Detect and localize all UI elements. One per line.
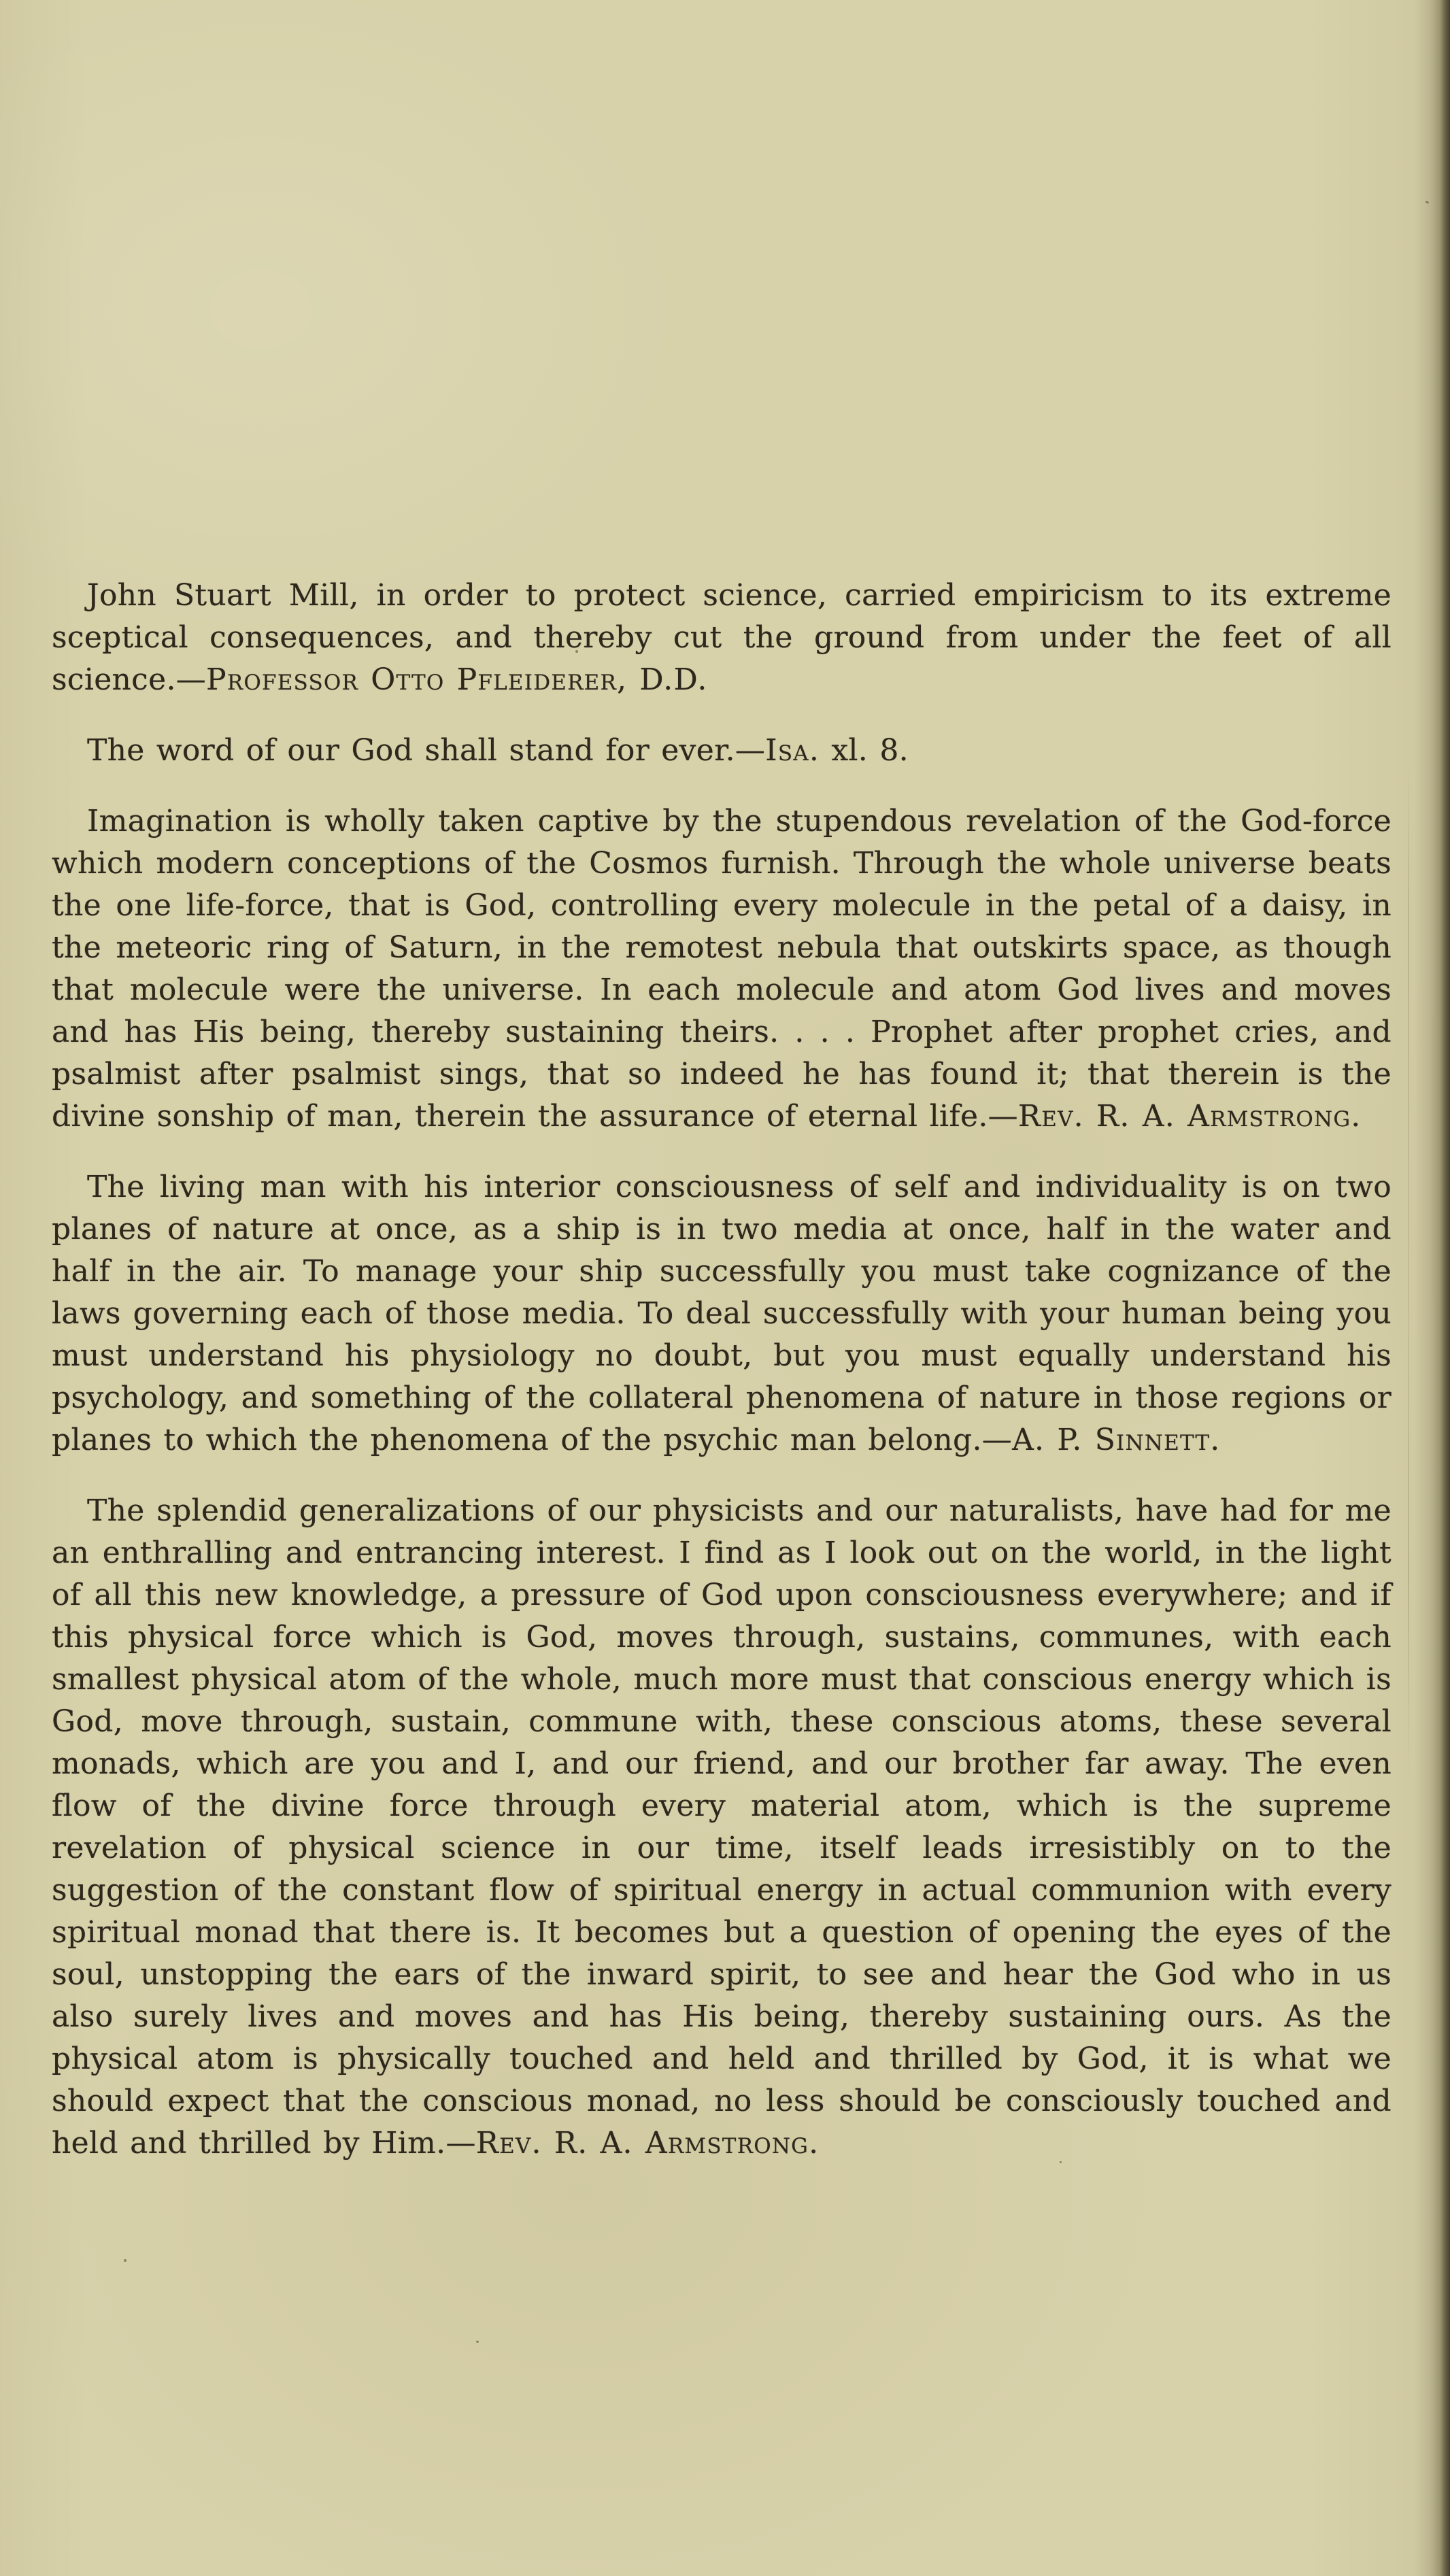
attribution: Isa.: [765, 733, 820, 768]
quote-paragraph-isaiah: The word of our God shall stand for ever…: [52, 730, 1392, 772]
quote-paragraph-pfleiderer: John Stuart Mill, in order to protect sc…: [52, 575, 1392, 701]
quote-paragraph-armstrong-1: Imagination is wholly taken captive by t…: [52, 800, 1392, 1138]
quote-text: Imagination is wholly taken captive by t…: [52, 804, 1392, 1134]
attribution: Professor Otto Pfleiderer, D.D.: [206, 662, 708, 697]
text-block: John Stuart Mill, in order to protect sc…: [0, 0, 1450, 2165]
attribution: Rev. R. A. Armstrong.: [1018, 1099, 1362, 1134]
quote-text: The splendid generalizations of our phys…: [52, 1493, 1392, 2160]
quote-text: The word of our God shall stand for ever…: [87, 733, 765, 768]
attribution: Rev. R. A. Armstrong.: [476, 2126, 820, 2160]
attribution-suffix: xl. 8.: [820, 733, 909, 768]
attribution: A. P. Sinnett.: [1012, 1423, 1220, 1457]
quote-paragraph-sinnett: The living man with his interior conscio…: [52, 1166, 1392, 1461]
quote-text: The living man with his interior conscio…: [52, 1170, 1392, 1457]
book-page: John Stuart Mill, in order to protect sc…: [0, 0, 1450, 2576]
paper-speck: [124, 2259, 127, 2262]
paper-speck: [476, 2341, 479, 2343]
quote-paragraph-armstrong-2: The splendid generalizations of our phys…: [52, 1490, 1392, 2165]
